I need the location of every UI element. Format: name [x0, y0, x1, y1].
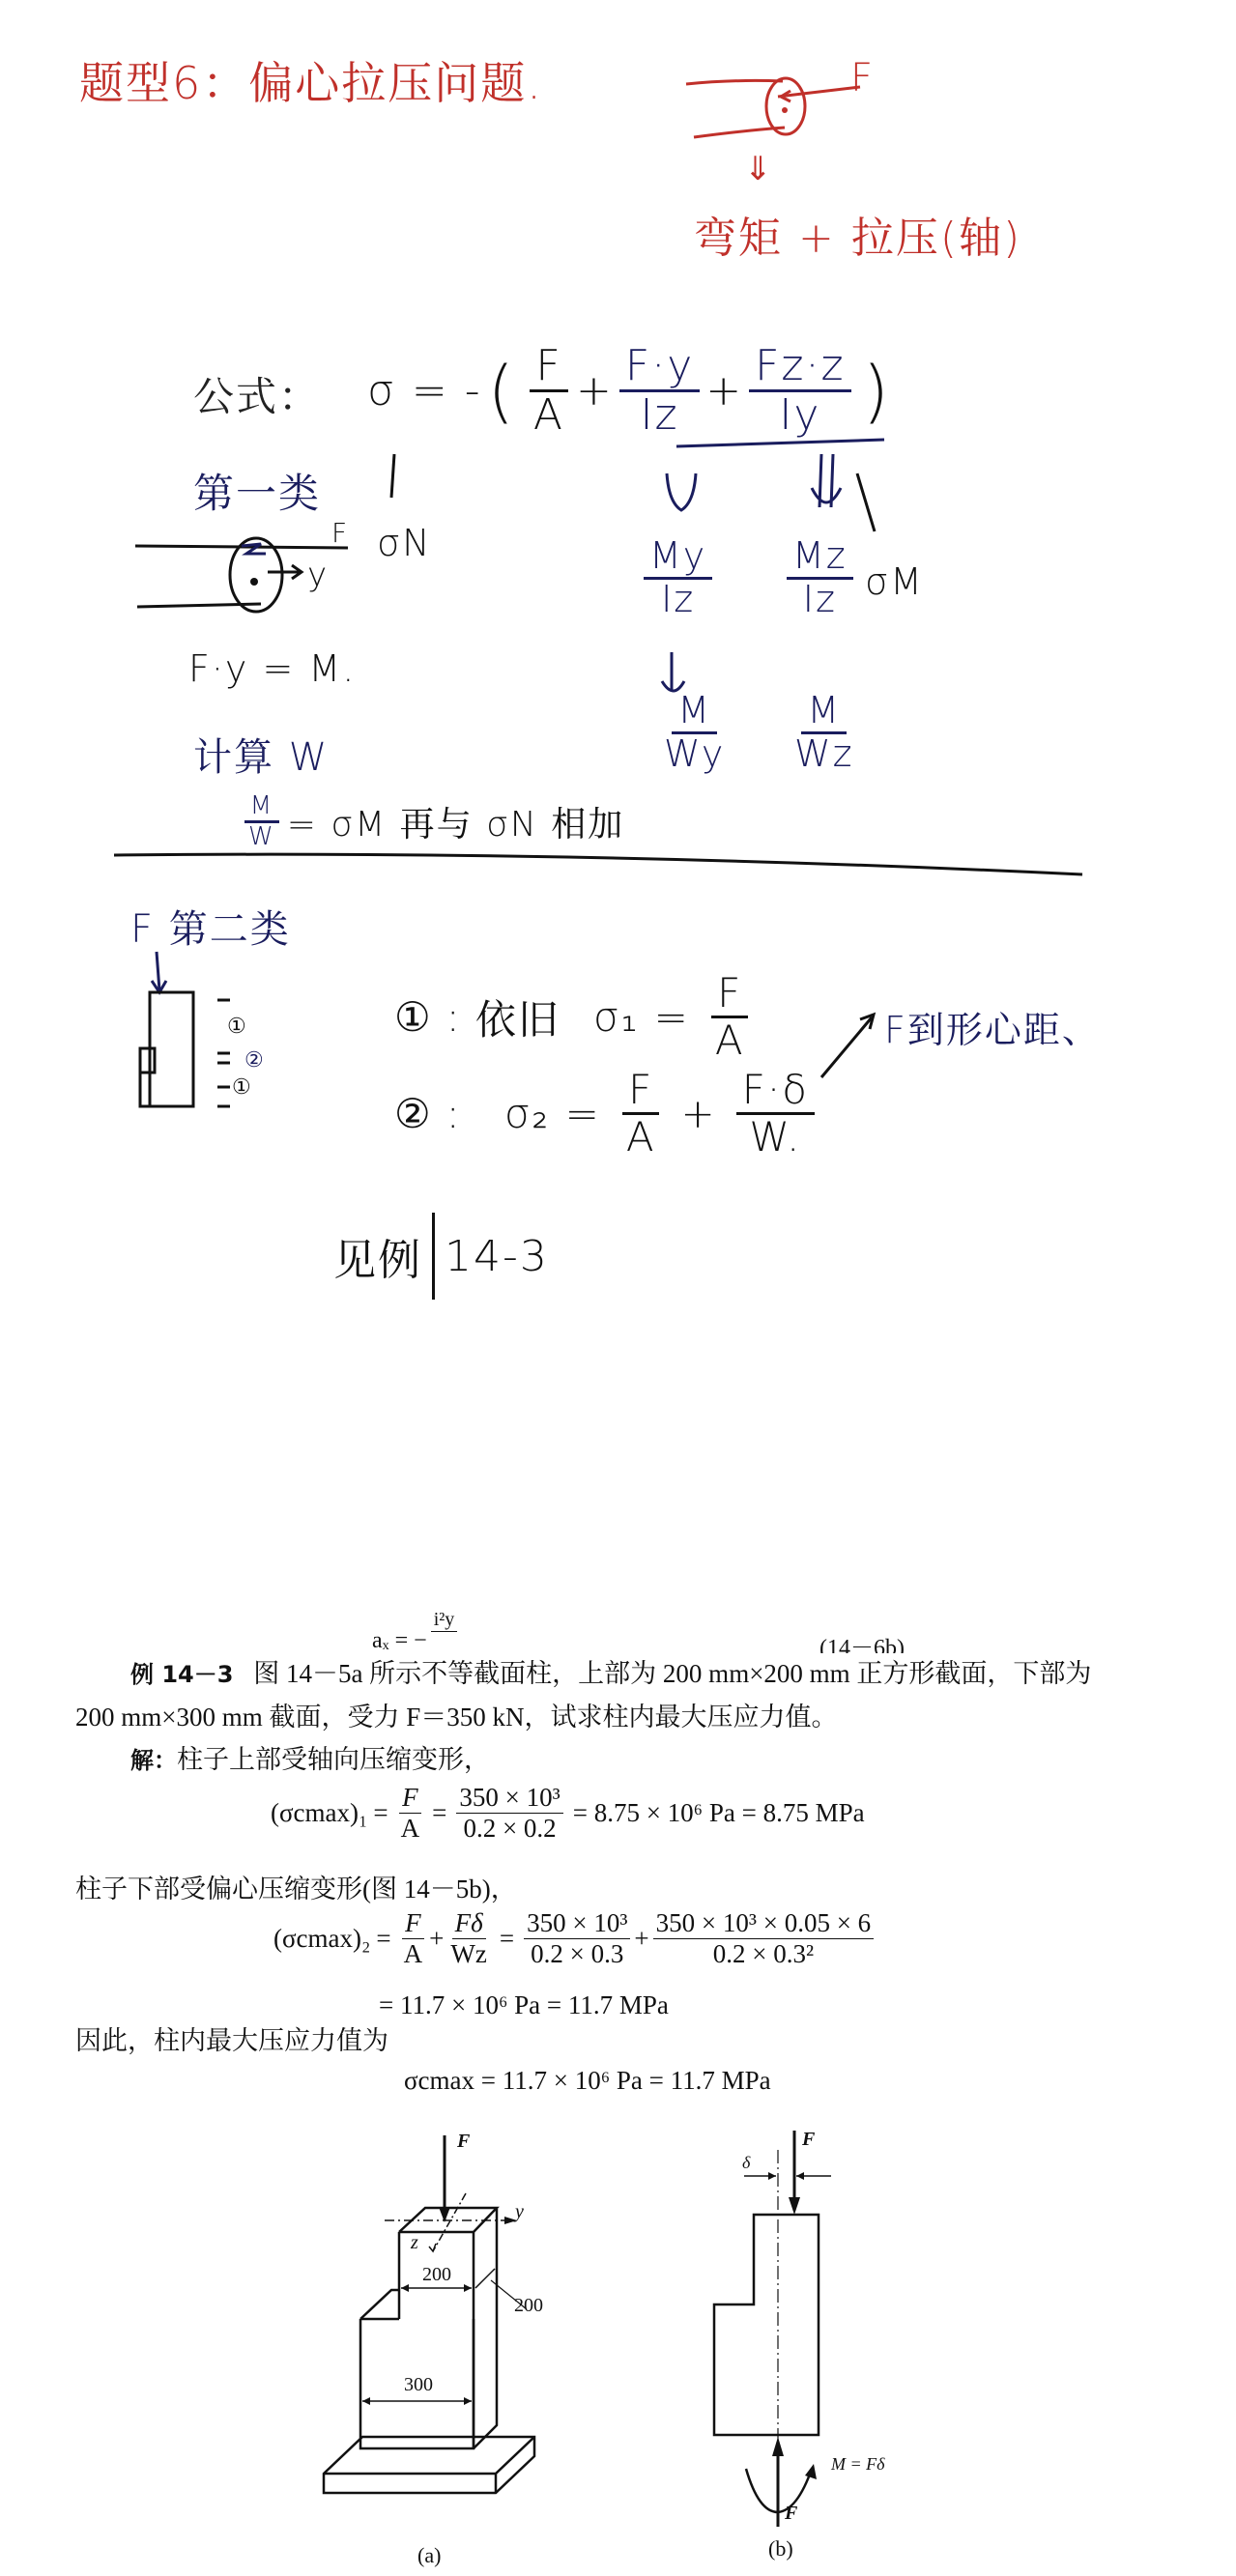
m-over-wz: MWz: [783, 691, 866, 775]
item1-formula: ① : 依旧 σ₁ = FA: [394, 971, 757, 1063]
equation-lower-result: = 11.7 × 10⁶ Pa = 11.7 MPa: [379, 1990, 669, 2020]
equation-lower-stress: (σcmax)₂ = FA + FδWz = 350 × 10³0.2 × 0.…: [273, 1908, 877, 1969]
fig-b-moment-label: M = Fδ: [831, 2454, 885, 2475]
fig-b-force-bottom: F: [785, 2503, 797, 2525]
annotation-arrow: [812, 1010, 889, 1087]
fig-a-axis-z: z: [411, 2232, 418, 2254]
fig-a-caption: (a): [417, 2543, 441, 2568]
cut-formula-tag: (14－6b): [819, 1628, 905, 1653]
fig-b-delta-label: δ: [742, 2153, 750, 2173]
fig-a-axis-y: y: [515, 2201, 524, 2223]
summary-line: MW = σM 再与 σN 相加: [237, 792, 624, 850]
moment-definition: F·y = M.: [188, 647, 356, 690]
sigma-m-label: σM: [865, 560, 924, 603]
fig-a-dim-bottom-width: 300: [404, 2374, 433, 2396]
sigma-n-label: σN: [377, 522, 432, 564]
example-label: 例 14－3: [130, 1661, 233, 1688]
fig-b-caption: (b): [768, 2536, 793, 2562]
fig-b-force-top: F: [802, 2129, 815, 2151]
section-mark-1: ①: [227, 1015, 248, 1039]
formula-branch-lines: [0, 0, 1236, 870]
figure-a-stepped-column: [319, 2126, 609, 2532]
section-mark-3: ①: [232, 1075, 253, 1100]
reference-note: 见例 14-3: [333, 1213, 549, 1300]
eccentricity-annotation: F到形心距、: [884, 1000, 1101, 1053]
section-mark-2: ②: [244, 1048, 266, 1073]
conclusion-text: 因此，柱内最大压应力值为: [75, 2019, 388, 2062]
mz-over-iz: MzIz: [781, 536, 859, 620]
category2-label: F 第二类: [130, 899, 291, 954]
sketch-axis-y-label: y: [307, 556, 329, 594]
lower-part-text: 柱子下部受偏心压缩变形(图 14－5b)，: [75, 1868, 517, 1910]
equation-upper-stress: (σcmax)₁ = FA = 350 × 10³0.2 × 0.2 = 8.7…: [271, 1783, 865, 1844]
problem-statement: 例 14－3 图 14－5a 所示不等截面柱，上部为 200 mm×200 mm…: [75, 1652, 1177, 1782]
fig-a-dim-top-depth: 200: [514, 2295, 543, 2317]
figure-b-eccentric-column: [696, 2126, 889, 2541]
item2-formula: ② : σ₂ = FA + F·δW.: [394, 1068, 820, 1159]
equation-max-stress: σcmax = 11.7 × 10⁶ Pa = 11.7 MPa: [404, 2066, 771, 2096]
stepped-column-sketch: [116, 952, 290, 1116]
category1-label: 第一类: [193, 462, 321, 520]
solution-label: 解：: [130, 1747, 177, 1774]
cut-formula: aₓ = − i²y: [372, 1612, 461, 1654]
my-over-iz: MyIz: [638, 536, 718, 620]
fig-a-dim-top-width: 200: [422, 2264, 451, 2286]
calc-w-label: 计算 W: [193, 727, 329, 782]
sketch-force-label-blue: F: [331, 517, 349, 549]
fig-a-force-label: F: [457, 2131, 470, 2153]
m-over-wy: MWy: [652, 691, 736, 775]
